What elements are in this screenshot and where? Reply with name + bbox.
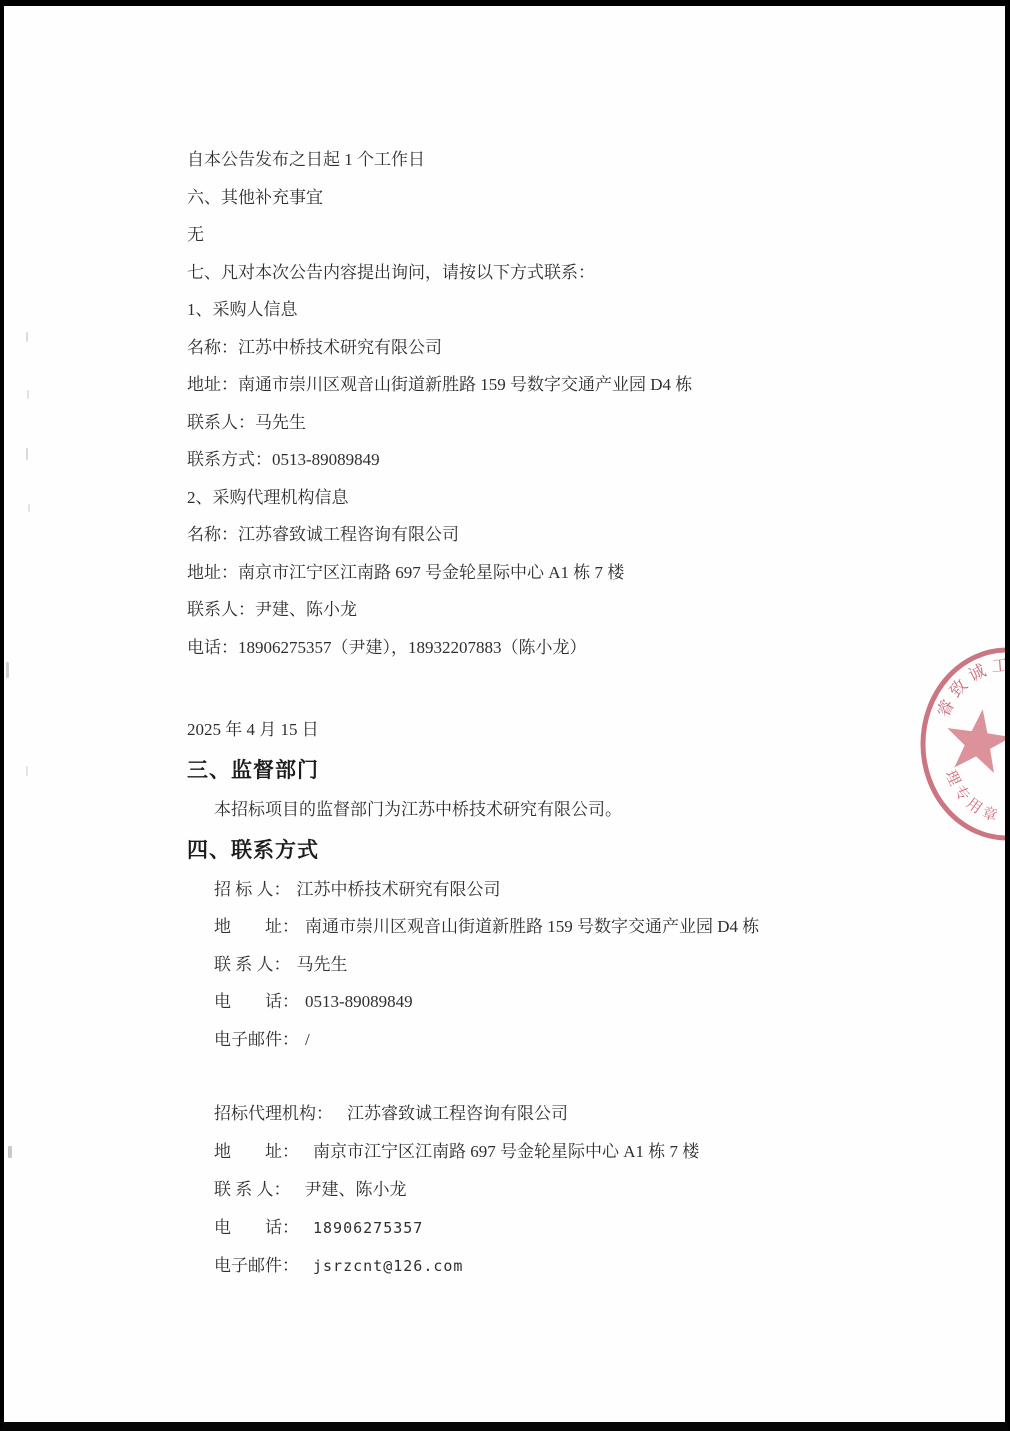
- agency-email-line: 电子邮件：jsrzcnt@126.com: [214, 1247, 759, 1285]
- doc-line-agency-phone: 电话：18906275357（尹建），18932207883（陈小龙）: [187, 629, 759, 667]
- doc-line-agency-contact: 联系人：尹建、陈小龙: [187, 591, 759, 629]
- field-label: 地 址：: [214, 1142, 299, 1161]
- section-heading-contact: 四、联系方式: [187, 829, 759, 871]
- agency-name-line: 招标代理机构：江苏睿致诚工程咨询有限公司: [214, 1095, 759, 1133]
- field-value: 尹建、陈小龙: [305, 1180, 407, 1199]
- tenderer-name-line: 招 标 人：江苏中桥技术研究有限公司: [214, 871, 759, 909]
- field-label: 电 话：: [214, 1218, 299, 1237]
- seal-star-icon: [947, 709, 1010, 773]
- doc-line-section6-heading: 六、其他补充事宜: [187, 179, 759, 217]
- announcement-intro: 自本公告发布之日起 1 个工作日 六、其他补充事宜 无 七、凡对本次公告内容提出…: [187, 141, 759, 666]
- field-value: 18906275357: [313, 1219, 423, 1237]
- field-label: 联 系 人：: [214, 1180, 291, 1199]
- field-value: 南通市崇川区观音山街道新胜路 159 号数字交通产业园 D4 栋: [305, 917, 759, 936]
- doc-line-section7-heading: 七、凡对本次公告内容提出询问，请按以下方式联系：: [187, 254, 759, 292]
- svg-text:睿致诚工: 睿致诚工: [934, 655, 1010, 720]
- field-value: 南京市江宁区江南路 697 号金轮星际中心 A1 栋 7 楼: [313, 1142, 699, 1161]
- supervision-body: 本招标项目的监督部门为江苏中桥技术研究有限公司。: [187, 791, 759, 829]
- agency-contact-line: 联 系 人：尹建、陈小龙: [214, 1171, 759, 1209]
- announcement-date: 2025 年 4 月 15 日: [187, 711, 759, 749]
- field-value: /: [305, 1030, 310, 1049]
- seal-ring: [923, 650, 1010, 838]
- tenderer-address-line: 地 址：南通市崇川区观音山街道新胜路 159 号数字交通产业园 D4 栋: [214, 908, 759, 946]
- doc-line-purchaser-name: 名称：江苏中桥技术研究有限公司: [187, 329, 759, 367]
- doc-line-validity: 自本公告发布之日起 1 个工作日: [187, 141, 759, 179]
- field-value: 江苏睿致诚工程咨询有限公司: [347, 1104, 568, 1123]
- doc-line-none: 无: [187, 216, 759, 254]
- tenderer-email-line: 电子邮件：/: [214, 1021, 759, 1059]
- section-heading-supervision: 三、监督部门: [187, 749, 759, 791]
- doc-line-purchaser-contact: 联系人：马先生: [187, 404, 759, 442]
- field-label: 电 话：: [214, 992, 299, 1011]
- doc-line-purchaser-title: 1、采购人信息: [187, 291, 759, 329]
- doc-line-agency-name: 名称：江苏睿致诚工程咨询有限公司: [187, 516, 759, 554]
- field-value: 江苏中桥技术研究有限公司: [297, 880, 501, 899]
- scanned-document-page: 自本公告发布之日起 1 个工作日 六、其他补充事宜 无 七、凡对本次公告内容提出…: [0, 0, 1010, 1431]
- company-seal: 睿致诚工 理专用章: [880, 630, 1010, 870]
- field-label: 联 系 人：: [214, 955, 291, 974]
- tenderer-phone-line: 电 话：0513-89089849: [214, 983, 759, 1021]
- field-label: 电子邮件：: [214, 1030, 299, 1049]
- seal-top-text: 睿致诚工: [934, 655, 1010, 720]
- doc-line-purchaser-phone: 联系方式：0513-89089849: [187, 441, 759, 479]
- field-value: 0513-89089849: [305, 992, 413, 1011]
- agency-contact-block: 招标代理机构：江苏睿致诚工程咨询有限公司 地 址：南京市江宁区江南路 697 号…: [187, 1095, 759, 1285]
- seal-bottom-text: 理专用章: [942, 768, 1004, 826]
- doc-line-agency-title: 2、采购代理机构信息: [187, 479, 759, 517]
- tenderer-contact-block: 招 标 人：江苏中桥技术研究有限公司 地 址：南通市崇川区观音山街道新胜路 15…: [187, 871, 759, 1059]
- field-label: 电子邮件：: [214, 1256, 299, 1275]
- tenderer-contact-line: 联 系 人：马先生: [214, 946, 759, 984]
- field-label: 招标代理机构：: [214, 1104, 333, 1123]
- svg-text:理专用章: 理专用章: [942, 768, 1004, 826]
- document-body: 自本公告发布之日起 1 个工作日 六、其他补充事宜 无 七、凡对本次公告内容提出…: [4, 6, 819, 1285]
- field-label: 地 址：: [214, 917, 299, 936]
- field-value: 马先生: [297, 955, 348, 974]
- doc-line-agency-address: 地址：南京市江宁区江南路 697 号金轮星际中心 A1 栋 7 楼: [187, 554, 759, 592]
- field-label: 招 标 人：: [214, 880, 291, 899]
- agency-address-line: 地 址：南京市江宁区江南路 697 号金轮星际中心 A1 栋 7 楼: [214, 1133, 759, 1171]
- doc-line-purchaser-address: 地址：南通市崇川区观音山街道新胜路 159 号数字交通产业园 D4 栋: [187, 366, 759, 404]
- agency-phone-line: 电 话：18906275357: [214, 1209, 759, 1247]
- field-value: jsrzcnt@126.com: [313, 1257, 463, 1275]
